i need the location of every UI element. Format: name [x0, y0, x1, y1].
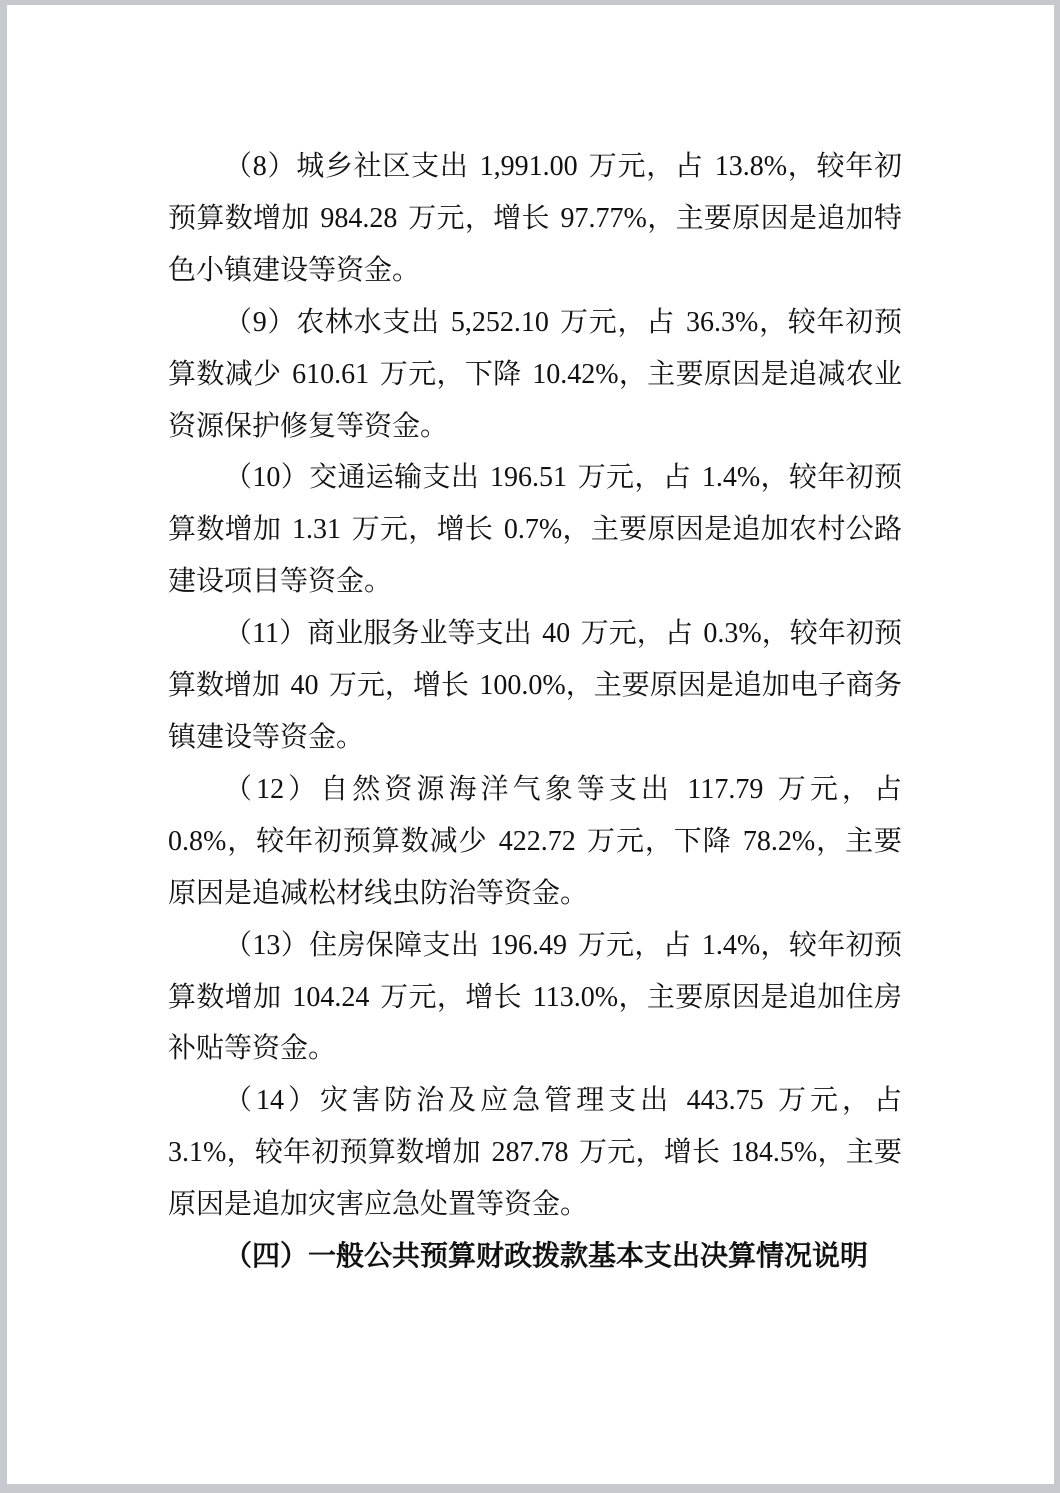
document-page: （8）城乡社区支出 1,991.00 万元，占 13.8%，较年初预算数增加 9… — [7, 5, 1054, 1484]
paragraph-item-14: （14）灾害防治及应急管理支出 443.75 万元，占 3.1%，较年初预算数增… — [168, 1075, 902, 1231]
document-viewport: （8）城乡社区支出 1,991.00 万元，占 13.8%，较年初预算数增加 9… — [0, 0, 1060, 1493]
section-heading: （四）一般公共预算财政拨款基本支出决算情况说明 — [168, 1231, 902, 1283]
paragraph-item-12: （12）自然资源海洋气象等支出 117.79 万元，占 0.8%，较年初预算数减… — [168, 764, 902, 920]
paragraph-item-9: （9）农林水支出 5,252.10 万元，占 36.3%，较年初预算数减少 61… — [168, 297, 902, 453]
paragraph-item-13: （13）住房保障支出 196.49 万元，占 1.4%，较年初预算数增加 104… — [168, 920, 902, 1076]
paragraph-item-8: （8）城乡社区支出 1,991.00 万元，占 13.8%，较年初预算数增加 9… — [168, 141, 902, 297]
document-body: （8）城乡社区支出 1,991.00 万元，占 13.8%，较年初预算数增加 9… — [168, 141, 902, 1283]
paragraph-item-10: （10）交通运输支出 196.51 万元，占 1.4%，较年初预算数增加 1.3… — [168, 452, 902, 608]
paragraph-item-11: （11）商业服务业等支出 40 万元，占 0.3%，较年初预算数增加 40 万元… — [168, 608, 902, 764]
